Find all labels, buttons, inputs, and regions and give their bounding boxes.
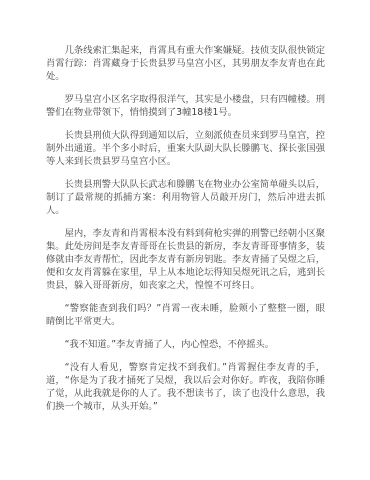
paragraph: 几条线索汇集起来，肖霄具有重大作案嫌疑。技侦支队很快锁定肖霄行踪：肖霄藏身于长贵…	[46, 44, 325, 83]
paragraph: 罗马皇宫小区名字取得很洋气，其实是小楼盘，只有四幢楼。刑警们在物业带领下，悄悄摸…	[46, 93, 325, 119]
ebook-page: 几条线索汇集起来，肖霄具有重大作案嫌疑。技侦支队很快锁定肖霄行踪：肖霄藏身于长贵…	[0, 0, 370, 480]
novel-text-area: 几条线索汇集起来，肖霄具有重大作案嫌疑。技侦支队很快锁定肖霄行踪：肖霄藏身于长贵…	[46, 44, 325, 423]
paragraph: 长贵县刑警大队队长武志和滕鹏飞在物业办公室简单碰头以后，制订了最常规的抓捕方案：…	[46, 178, 325, 217]
paragraph: “没有人看见，警察肯定找不到我们。”肖霄握住李友青的手，道，“你是为了我才捅死了…	[46, 361, 325, 413]
paragraph: 长贵县刑侦大队得到通知以后，立刻派侦查员来到罗马皇宫，控制外出通道。半个多小时后…	[46, 129, 325, 168]
paragraph: 屋内，李友青和肖霄根本没有料到荷枪实弹的刑警已经朝小区聚集。此处房间是李友青哥哥…	[46, 227, 325, 292]
paragraph: “我不知道。”李友青捅了人，内心惶恐，不停摇头。	[46, 338, 325, 351]
paragraph: “警察能查到我们吗？”肖霄一夜未睡，脸颊小了整整一圈，眼睛倒比平常更大。	[46, 302, 325, 328]
